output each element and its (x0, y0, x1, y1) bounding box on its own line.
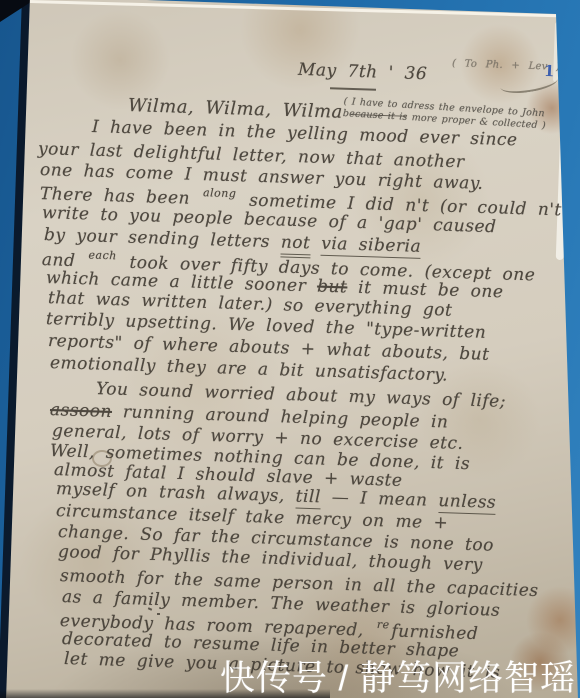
letter-word-i: re (377, 618, 390, 631)
letter-text: — I mean (321, 487, 439, 511)
letter-word-u: till (295, 487, 321, 510)
letter-word-i: each (88, 248, 117, 262)
letter-word-u: via siberia (321, 234, 422, 259)
letter-word-x: but (317, 277, 348, 298)
watermark-text: 快传号 / 静笃网络智瑶 (220, 661, 576, 696)
paper-right-edge-highlight (556, 130, 569, 260)
letter-word-i: along (203, 186, 237, 200)
paper-top-edge-highlight (30, 0, 557, 17)
letter-paper: May 7th ' 36 ( To Ph. + Lev ) 1 Wilma, W… (0, 0, 580, 698)
letter-date: May 7th ' 36 (298, 60, 428, 84)
letter-word-x: assoon (50, 400, 113, 422)
letter-photograph: May 7th ' 36 ( To Ph. + Lev ) 1 Wilma, W… (0, 0, 580, 698)
date-underline-stroke (330, 87, 376, 91)
corner-pencil-swoosh (499, 70, 559, 97)
letter-word-u: unless (438, 491, 497, 515)
